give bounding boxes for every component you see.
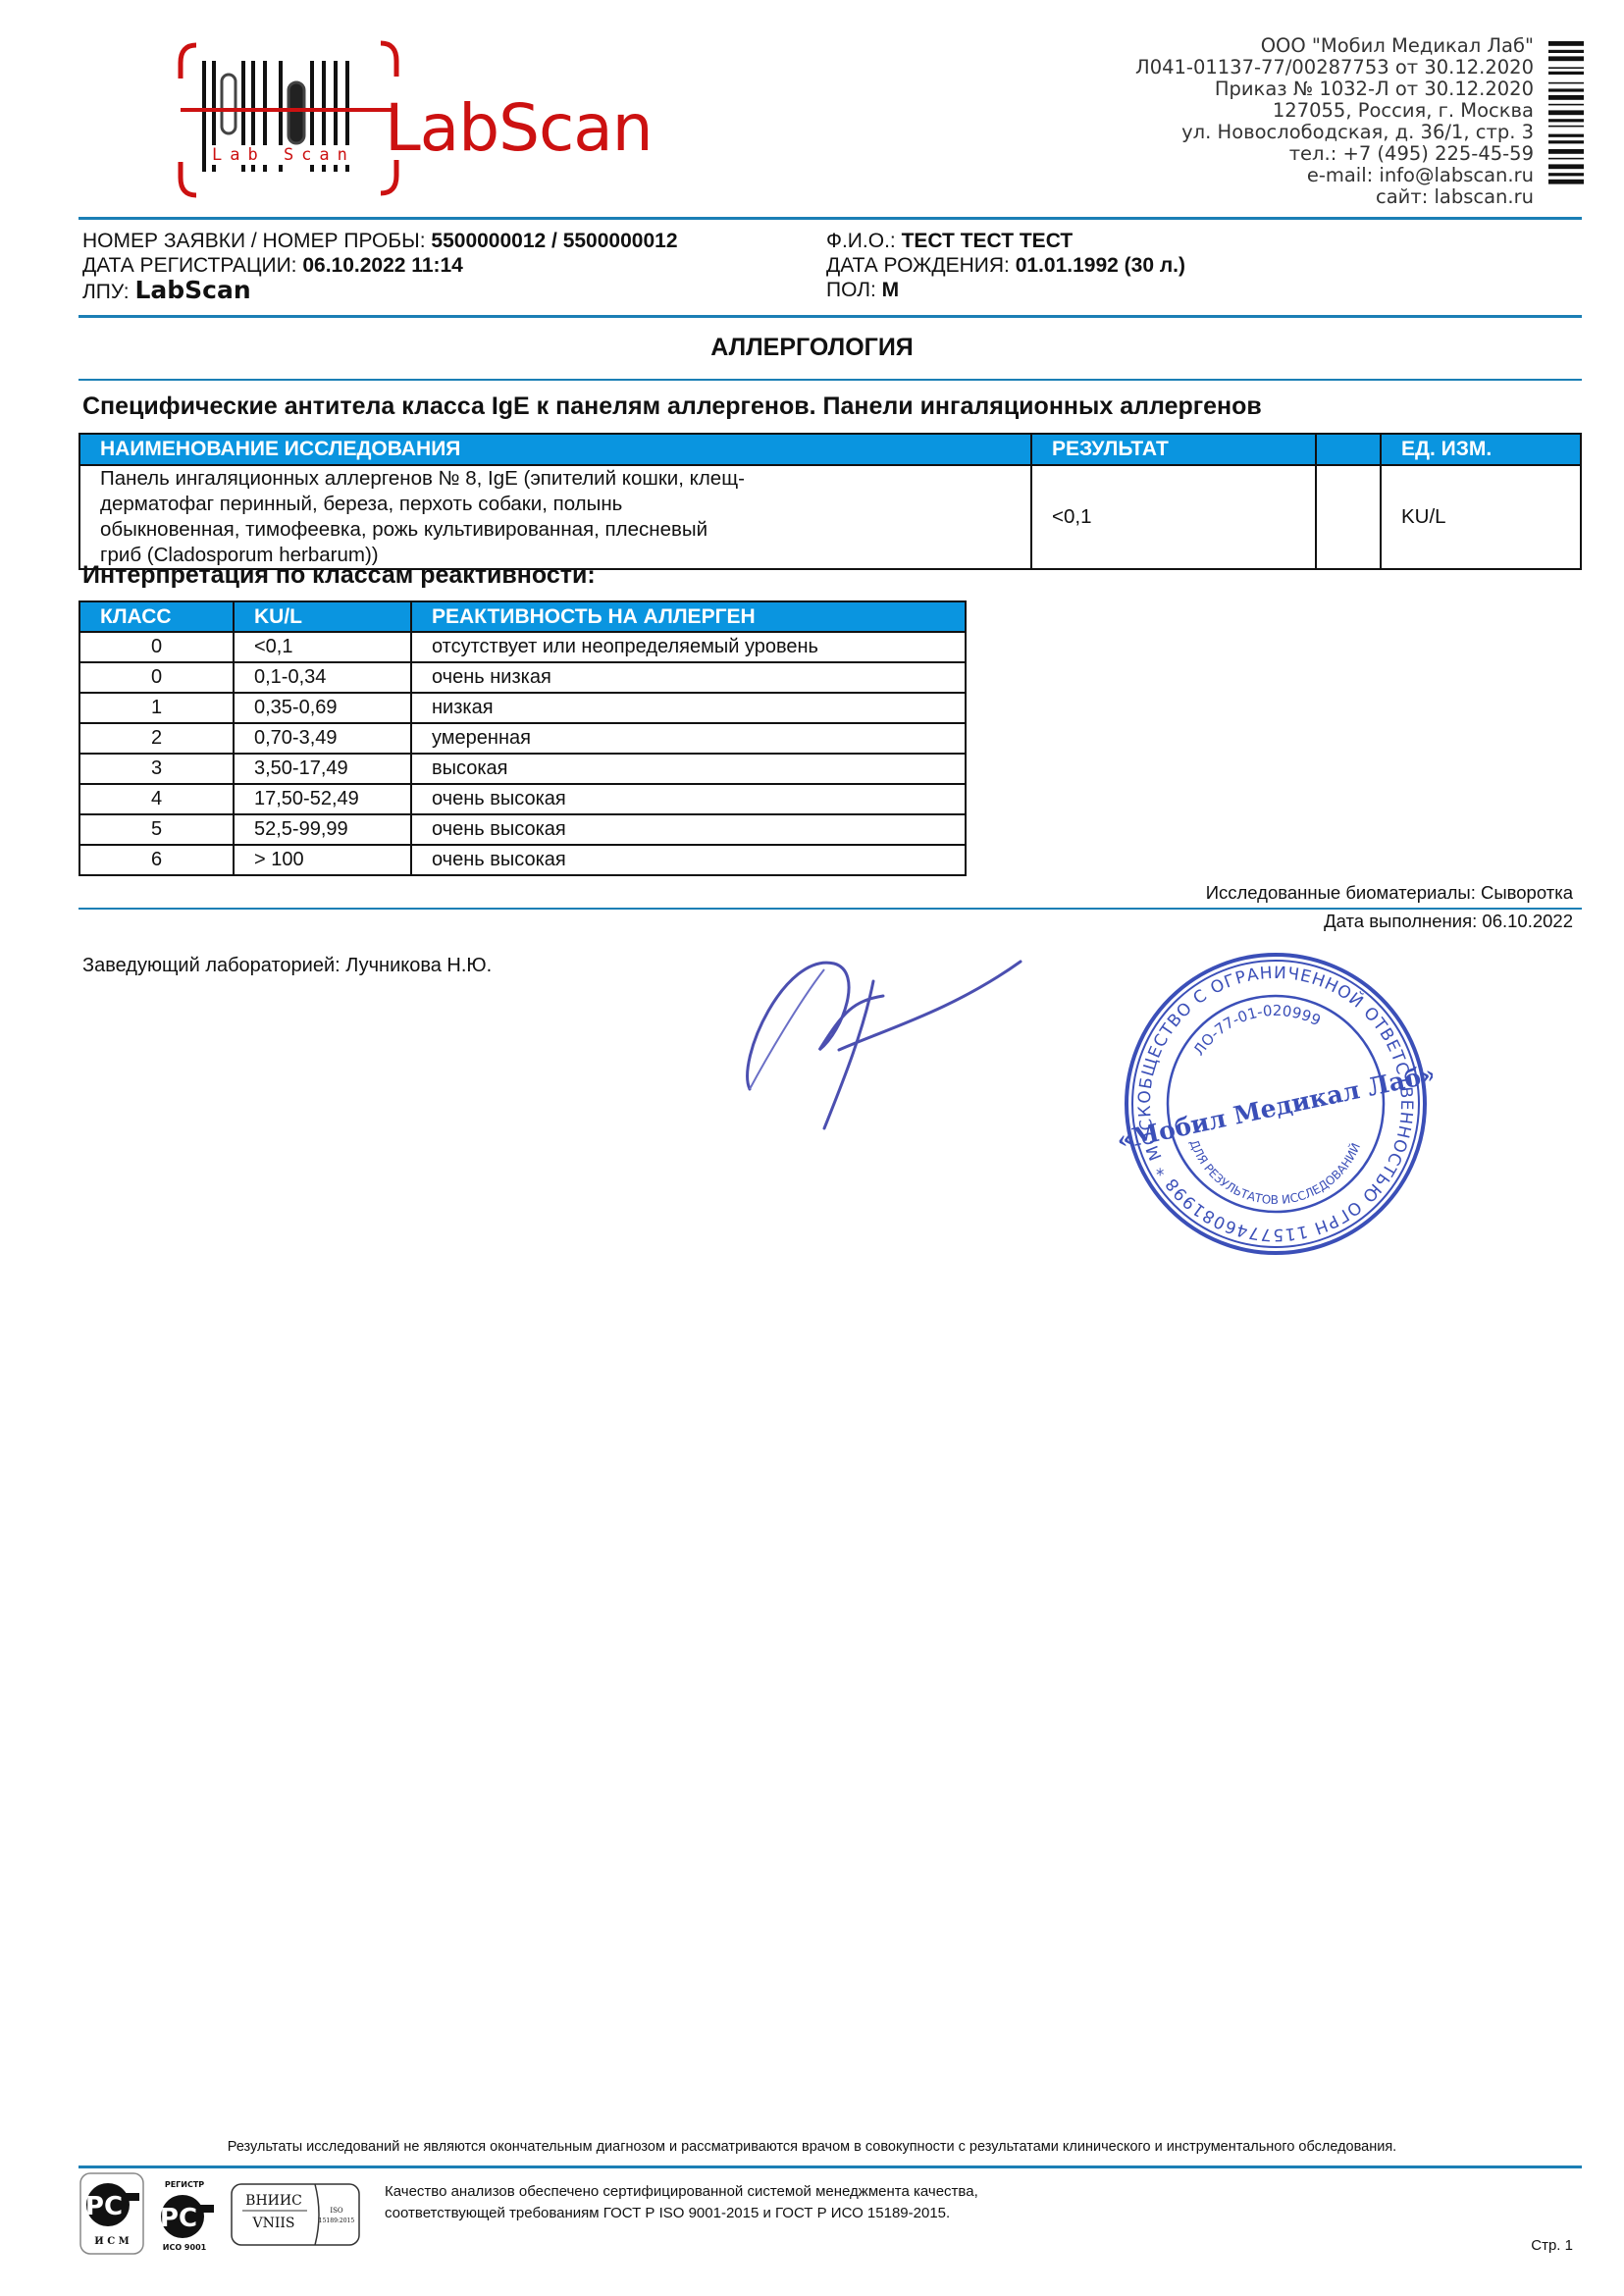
section-title: Специфические антитела класса IgE к пане… (82, 392, 1262, 421)
birth-date-row: ДАТА РОЖДЕНИЯ: 01.01.1992 (30 л.) (826, 253, 1185, 278)
org-line: e-mail: info@labscan.ru (1135, 165, 1534, 186)
class-cell: 6 (79, 845, 234, 875)
department-title: АЛЛЕРГОЛОГИЯ (0, 334, 1624, 362)
certificates: PC И С М РЕГИСТР PC ИСО 9001 ВНИИС VNIIS… (79, 2171, 363, 2260)
patient-divider (79, 315, 1582, 318)
svg-text:ISO: ISO (330, 2207, 343, 2215)
kul-range-cell: 52,5-99,99 (234, 814, 411, 845)
svg-text:PC: PC (160, 2204, 197, 2233)
org-line: Приказ № 1032-Л от 30.12.2020 (1135, 78, 1534, 100)
test-flag (1316, 465, 1381, 569)
kul-range-cell: 0,1-0,34 (234, 662, 411, 693)
org-line: сайт: labscan.ru (1135, 186, 1534, 208)
registration-date: 06.10.2022 11:14 (302, 254, 463, 277)
page-number: Стр. 1 (1531, 2237, 1573, 2254)
test-name: Панель ингаляционных аллергенов № 8, IgE… (79, 465, 1031, 569)
registration-date-row: ДАТА РЕГИСТРАЦИИ: 06.10.2022 11:14 (82, 253, 678, 278)
organization-info: ООО "Мобил Медикал Лаб" Л041-01137-77/00… (1135, 35, 1534, 208)
stamp-license: ЛО-77-01-020999 (1190, 1002, 1324, 1059)
rst-registr-cert-icon: РЕГИСТР PC ИСО 9001 (151, 2171, 220, 2256)
logo-sub-brand: Lab Scan (212, 145, 355, 165)
class-cell: 4 (79, 784, 234, 814)
lpu-value: LabScan (134, 276, 250, 304)
interpretation-table-header: КЛАСС KU/L РЕАКТИВНОСТЬ НА АЛЛЕРГЕН (79, 601, 966, 632)
table-row: 0<0,1отсутствует или неопределяемый уров… (79, 632, 966, 662)
birth-date: 01.01.1992 (30 л.) (1016, 254, 1185, 277)
org-line: ул. Новослободская, д. 36/1, стр. 3 (1135, 122, 1534, 143)
test-result: <0,1 (1031, 465, 1316, 569)
kul-range-cell: <0,1 (234, 632, 411, 662)
class-cell: 5 (79, 814, 234, 845)
table-row: 552,5-99,99очень высокая (79, 814, 966, 845)
col-class: КЛАСС (79, 601, 234, 632)
class-cell: 3 (79, 754, 234, 784)
stamp-center: «Мобил Медикал Лаб» (1119, 1060, 1433, 1155)
sex-row: ПОЛ: М (826, 278, 1185, 302)
col-unit: ЕД. ИЗМ. (1381, 434, 1581, 465)
col-result: РЕЗУЛЬТАТ (1031, 434, 1316, 465)
org-line: тел.: +7 (495) 225-45-59 (1135, 143, 1534, 165)
reactivity-cell: высокая (411, 754, 966, 784)
svg-text:ВНИИС: ВНИИС (245, 2193, 302, 2209)
svg-text:PC: PC (85, 2192, 123, 2221)
table-row: 417,50-52,49очень высокая (79, 784, 966, 814)
class-cell: 2 (79, 723, 234, 754)
footer-divider (79, 2166, 1582, 2168)
reactivity-cell: очень высокая (411, 784, 966, 814)
results-table-header: НАИМЕНОВАНИЕ ИССЛЕДОВАНИЯ РЕЗУЛЬТАТ ЕД. … (79, 434, 1581, 465)
barcode-icon (1548, 41, 1584, 210)
col-reactivity: РЕАКТИВНОСТЬ НА АЛЛЕРГЕН (411, 601, 966, 632)
kul-range-cell: 0,70-3,49 (234, 723, 411, 754)
biomaterial-note: Исследованные биоматериалы: Сыворотка (1206, 882, 1573, 904)
reactivity-cell: низкая (411, 693, 966, 723)
interpretation-table: КЛАСС KU/L РЕАКТИВНОСТЬ НА АЛЛЕРГЕН 0<0,… (79, 600, 967, 876)
barcode-test-tube-logo-icon (175, 39, 420, 201)
header-divider (79, 217, 1582, 220)
reactivity-cell: отсутствует или неопределяемый уровень (411, 632, 966, 662)
lab-logo: Lab Scan LabScan (175, 39, 665, 201)
interpretation-title: Интерпретация по классам реактивности: (82, 561, 596, 590)
sex-value: М (882, 279, 900, 301)
company-stamp-icon: ОБЩЕСТВО С ОГРАНИЧЕННОЙ ОТВЕТСТВЕННОСТЬЮ… (1119, 947, 1433, 1261)
org-line: ООО "Мобил Медикал Лаб" (1135, 35, 1534, 57)
order-number-row: НОМЕР ЗАЯВКИ / НОМЕР ПРОБЫ: 5500000012 /… (82, 229, 678, 253)
quality-line: соответствующей требованиям ГОСТ Р ISO 9… (385, 2203, 978, 2224)
quality-line: Качество анализов обеспечено сертифициро… (385, 2181, 978, 2203)
table-row: 10,35-0,69низкая (79, 693, 966, 723)
svg-text:РЕГИСТР: РЕГИСТР (165, 2180, 204, 2189)
svg-text:ЛО-77-01-020999: ЛО-77-01-020999 (1190, 1002, 1324, 1059)
svg-text:15189:2015: 15189:2015 (319, 2218, 355, 2224)
svg-text:VNIIS: VNIIS (251, 2216, 294, 2231)
col-test-name: НАИМЕНОВАНИЕ ИССЛЕДОВАНИЯ (79, 434, 1031, 465)
reactivity-cell: умеренная (411, 723, 966, 754)
quality-statement: Качество анализов обеспечено сертифициро… (385, 2181, 978, 2224)
svg-text:ИСО 9001: ИСО 9001 (163, 2243, 207, 2252)
patient-info-right: Ф.И.О.: ТЕСТ ТЕСТ ТЕСТ ДАТА РОЖДЕНИЯ: 01… (826, 229, 1185, 302)
org-line: Л041-01137-77/00287753 от 30.12.2020 (1135, 57, 1534, 78)
svg-text:И С М: И С М (94, 2236, 129, 2247)
kul-range-cell: > 100 (234, 845, 411, 875)
col-kul: KU/L (234, 601, 411, 632)
stamp-purpose: ДЛЯ РЕЗУЛЬТАТОВ ИССЛЕДОВАНИЙ (1187, 1138, 1363, 1208)
test-unit: KU/L (1381, 465, 1581, 569)
logo-brand: LabScan (385, 90, 653, 166)
class-cell: 0 (79, 662, 234, 693)
reactivity-cell: очень высокая (411, 845, 966, 875)
signature-icon (726, 942, 1050, 1138)
reactivity-cell: очень высокая (411, 814, 966, 845)
completion-date: Дата выполнения: 06.10.2022 (1324, 911, 1573, 932)
results-table: НАИМЕНОВАНИЕ ИССЛЕДОВАНИЯ РЕЗУЛЬТАТ ЕД. … (79, 433, 1582, 570)
table-row: Панель ингаляционных аллергенов № 8, IgE… (79, 465, 1581, 569)
rst-ism-cert-icon: PC И С М (79, 2171, 145, 2256)
reactivity-cell: очень низкая (411, 662, 966, 693)
vniis-cert-icon: ВНИИС VNIIS ISO 15189:2015 (231, 2183, 360, 2248)
table-row: 6> 100очень высокая (79, 845, 966, 875)
order-number: 5500000012 / 5500000012 (431, 230, 677, 252)
table-row: 33,50-17,49высокая (79, 754, 966, 784)
patient-name-row: Ф.И.О.: ТЕСТ ТЕСТ ТЕСТ (826, 229, 1185, 253)
lpu-row: ЛПУ: LabScan (82, 278, 678, 304)
table-row: 20,70-3,49умеренная (79, 723, 966, 754)
class-cell: 0 (79, 632, 234, 662)
svg-text:ДЛЯ РЕЗУЛЬТАТОВ ИССЛЕДОВАНИЙ: ДЛЯ РЕЗУЛЬТАТОВ ИССЛЕДОВАНИЙ (1187, 1138, 1363, 1208)
head-of-lab: Заведующий лабораторией: Лучникова Н.Ю. (82, 955, 492, 977)
disclaimer: Результаты исследований не являются окон… (0, 2139, 1624, 2155)
kul-range-cell: 17,50-52,49 (234, 784, 411, 814)
table-row: 00,1-0,34очень низкая (79, 662, 966, 693)
kul-range-cell: 0,35-0,69 (234, 693, 411, 723)
kul-range-cell: 3,50-17,49 (234, 754, 411, 784)
biomaterial-divider (79, 908, 1582, 910)
department-divider (79, 379, 1582, 381)
patient-name: ТЕСТ ТЕСТ ТЕСТ (902, 230, 1074, 252)
class-cell: 1 (79, 693, 234, 723)
org-line: 127055, Россия, г. Москва (1135, 100, 1534, 122)
patient-info-left: НОМЕР ЗАЯВКИ / НОМЕР ПРОБЫ: 5500000012 /… (82, 229, 678, 304)
col-flag (1316, 434, 1381, 465)
